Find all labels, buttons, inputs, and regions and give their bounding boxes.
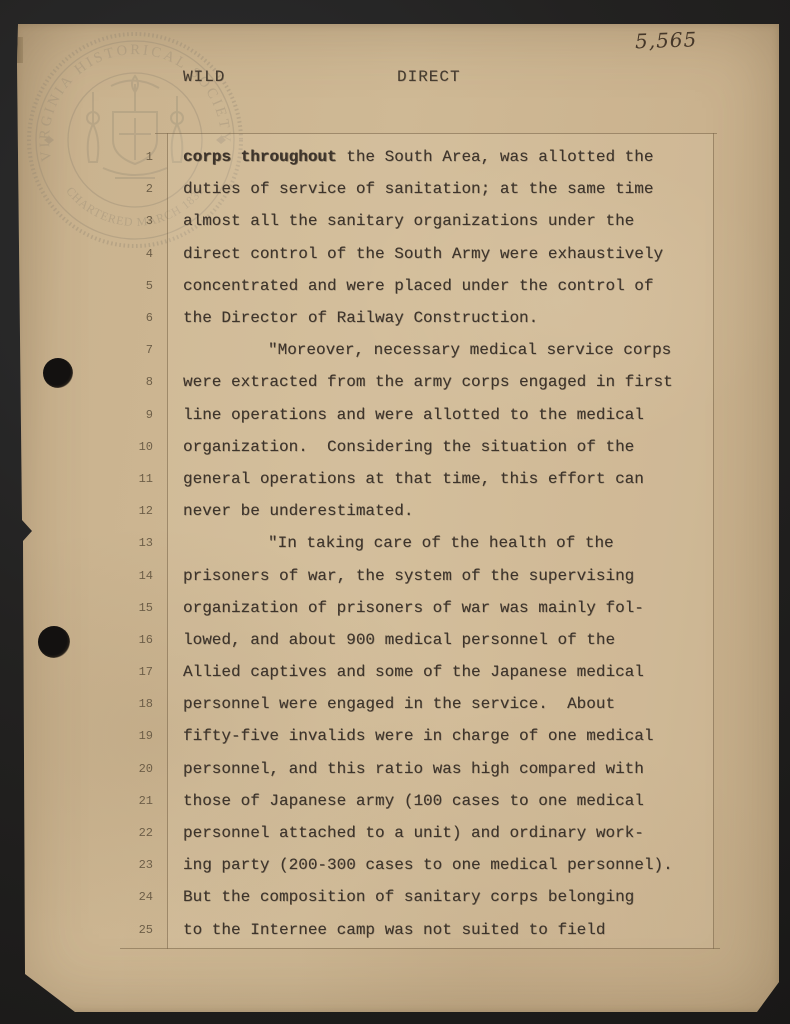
line-number: 23 — [15, 858, 153, 872]
transcript-line-row: 8 were extracted from the army corps eng… — [15, 366, 735, 398]
transcript-line-row: 15 organization of prisoners of war was … — [15, 592, 735, 624]
transcript-line-row: 11 general operations at that time, this… — [15, 463, 735, 495]
transcript-line-row: 9 line operations and were allotted to t… — [15, 399, 735, 431]
transcript-line-text: fifty-five invalids were in charge of on… — [183, 727, 653, 745]
punch-hole-bottom — [38, 626, 70, 658]
line-number: 6 — [15, 311, 153, 325]
transcript-line-row: 14 prisoners of war, the system of the s… — [15, 559, 735, 591]
paper-edge-tab — [15, 37, 23, 63]
transcript-line-text: concentrated and were placed under the c… — [183, 277, 653, 295]
scan-background: { "page": { "page_number": "5,565", "hea… — [0, 0, 790, 1024]
line-number: 15 — [15, 601, 153, 615]
transcript-line-row: 25 to the Internee camp was not suited t… — [15, 914, 735, 946]
transcript-line-row: 7 "Moreover, necessary medical service c… — [15, 334, 735, 366]
page-number: 5,565 — [635, 27, 716, 54]
transcript-line-text: never be underestimated. — [183, 502, 413, 520]
transcript-line-text: line operations and were allotted to the… — [183, 406, 644, 424]
text-box-top-rule — [155, 133, 717, 134]
transcript-line-text: were extracted from the army corps engag… — [183, 373, 673, 391]
transcript-line-text: personnel were engaged in the service. A… — [183, 695, 615, 713]
transcript-line-text: Allied captives and some of the Japanese… — [183, 663, 644, 681]
transcript-line-row: 24 But the composition of sanitary corps… — [15, 881, 735, 913]
transcript-line-row: 2 duties of service of sanitation; at th… — [15, 173, 735, 205]
transcript-line-row: 4 direct control of the South Army were … — [15, 238, 735, 270]
line-number: 20 — [15, 762, 153, 776]
transcript-line-text: general operations at that time, this ef… — [183, 470, 644, 488]
transcript-line-text: duties of service of sanitation; at the … — [183, 180, 653, 198]
line-number: 18 — [15, 697, 153, 711]
line-number: 14 — [15, 569, 153, 583]
line-number: 22 — [15, 826, 153, 840]
line-number: 17 — [15, 665, 153, 679]
transcript-line-text: But the composition of sanitary corps be… — [183, 888, 634, 906]
transcript-line-text: lowed, and about 900 medical personnel o… — [183, 631, 615, 649]
transcript-line-row: 23 ing party (200-300 cases to one medic… — [15, 849, 735, 881]
line-number: 7 — [15, 343, 153, 357]
line-number: 21 — [15, 794, 153, 808]
transcript-line-row: 5 concentrated and were placed under the… — [15, 270, 735, 302]
transcript-line-row: 20 personnel, and this ratio was high co… — [15, 753, 735, 785]
transcript-line-row: 18 personnel were engaged in the service… — [15, 688, 735, 720]
transcript-line-text: organization of prisoners of war was mai… — [183, 599, 644, 617]
transcript-line-row: 21 those of Japanese army (100 cases to … — [15, 785, 735, 817]
transcript-line-text: almost all the sanitary organizations un… — [183, 212, 634, 230]
line-number: 19 — [15, 729, 153, 743]
line-number: 24 — [15, 890, 153, 904]
transcript-line-row: 1 corps throughout the South Area, was a… — [15, 141, 735, 173]
transcript-header: WILD DIRECT — [15, 68, 779, 86]
line-number: 13 — [15, 536, 153, 550]
line-number: 3 — [15, 214, 153, 228]
transcript-line-row: 22 personnel attached to a unit) and ord… — [15, 817, 735, 849]
transcript-line-text: personnel, and this ratio was high compa… — [183, 760, 644, 778]
transcript-line-row: 13 "In taking care of the health of the — [15, 527, 735, 559]
line-number: 9 — [15, 408, 153, 422]
transcript-line-row: 17 Allied captives and some of the Japan… — [15, 656, 735, 688]
transcript-line-row: 12 never be underestimated. — [15, 495, 735, 527]
line-number: 1 — [15, 150, 153, 164]
line-number: 4 — [15, 247, 153, 261]
line-number: 25 — [15, 923, 153, 937]
transcript-line-text: the Director of Railway Construction. — [183, 309, 538, 327]
line-number: 8 — [15, 375, 153, 389]
line-number: 10 — [15, 440, 153, 454]
transcript-line-row: 19 fifty-five invalids were in charge of… — [15, 720, 735, 752]
transcript-line-text: ing party (200-300 cases to one medical … — [183, 856, 673, 874]
transcript-line-row: 10 organization. Considering the situati… — [15, 431, 735, 463]
witness-name-label: WILD — [183, 68, 225, 86]
transcript-line-text: to the Internee camp was not suited to f… — [183, 921, 605, 939]
transcript-lines: 1 corps throughout the South Area, was a… — [15, 141, 735, 946]
transcript-line-row: 16 lowed, and about 900 medical personne… — [15, 624, 735, 656]
text-box-bottom-rule — [120, 948, 720, 949]
transcript-line-row: 3 almost all the sanitary organizations … — [15, 205, 735, 237]
transcript-line-text: those of Japanese army (100 cases to one… — [183, 792, 644, 810]
punch-hole-top — [43, 358, 73, 388]
document-page: VIRGINIA HISTORICAL SOCIETY CHARTERED MA… — [15, 24, 779, 1012]
transcript-line-text: direct control of the South Army were ex… — [183, 245, 663, 263]
line-number: 12 — [15, 504, 153, 518]
line-number: 11 — [15, 472, 153, 486]
line-number: 5 — [15, 279, 153, 293]
line-number: 16 — [15, 633, 153, 647]
examination-type-label: DIRECT — [397, 68, 461, 86]
line-number: 2 — [15, 182, 153, 196]
transcript-line-row: 6 the Director of Railway Construction. — [15, 302, 735, 334]
transcript-line-text: personnel attached to a unit) and ordina… — [183, 824, 644, 842]
transcript-line-text: corps throughout the South Area, was all… — [183, 148, 653, 166]
transcript-line-text: prisoners of war, the system of the supe… — [183, 567, 634, 585]
transcript-line-text: organization. Considering the situation … — [183, 438, 634, 456]
transcript-line-text: "Moreover, necessary medical service cor… — [183, 341, 671, 359]
transcript-line-text: "In taking care of the health of the — [183, 534, 614, 552]
